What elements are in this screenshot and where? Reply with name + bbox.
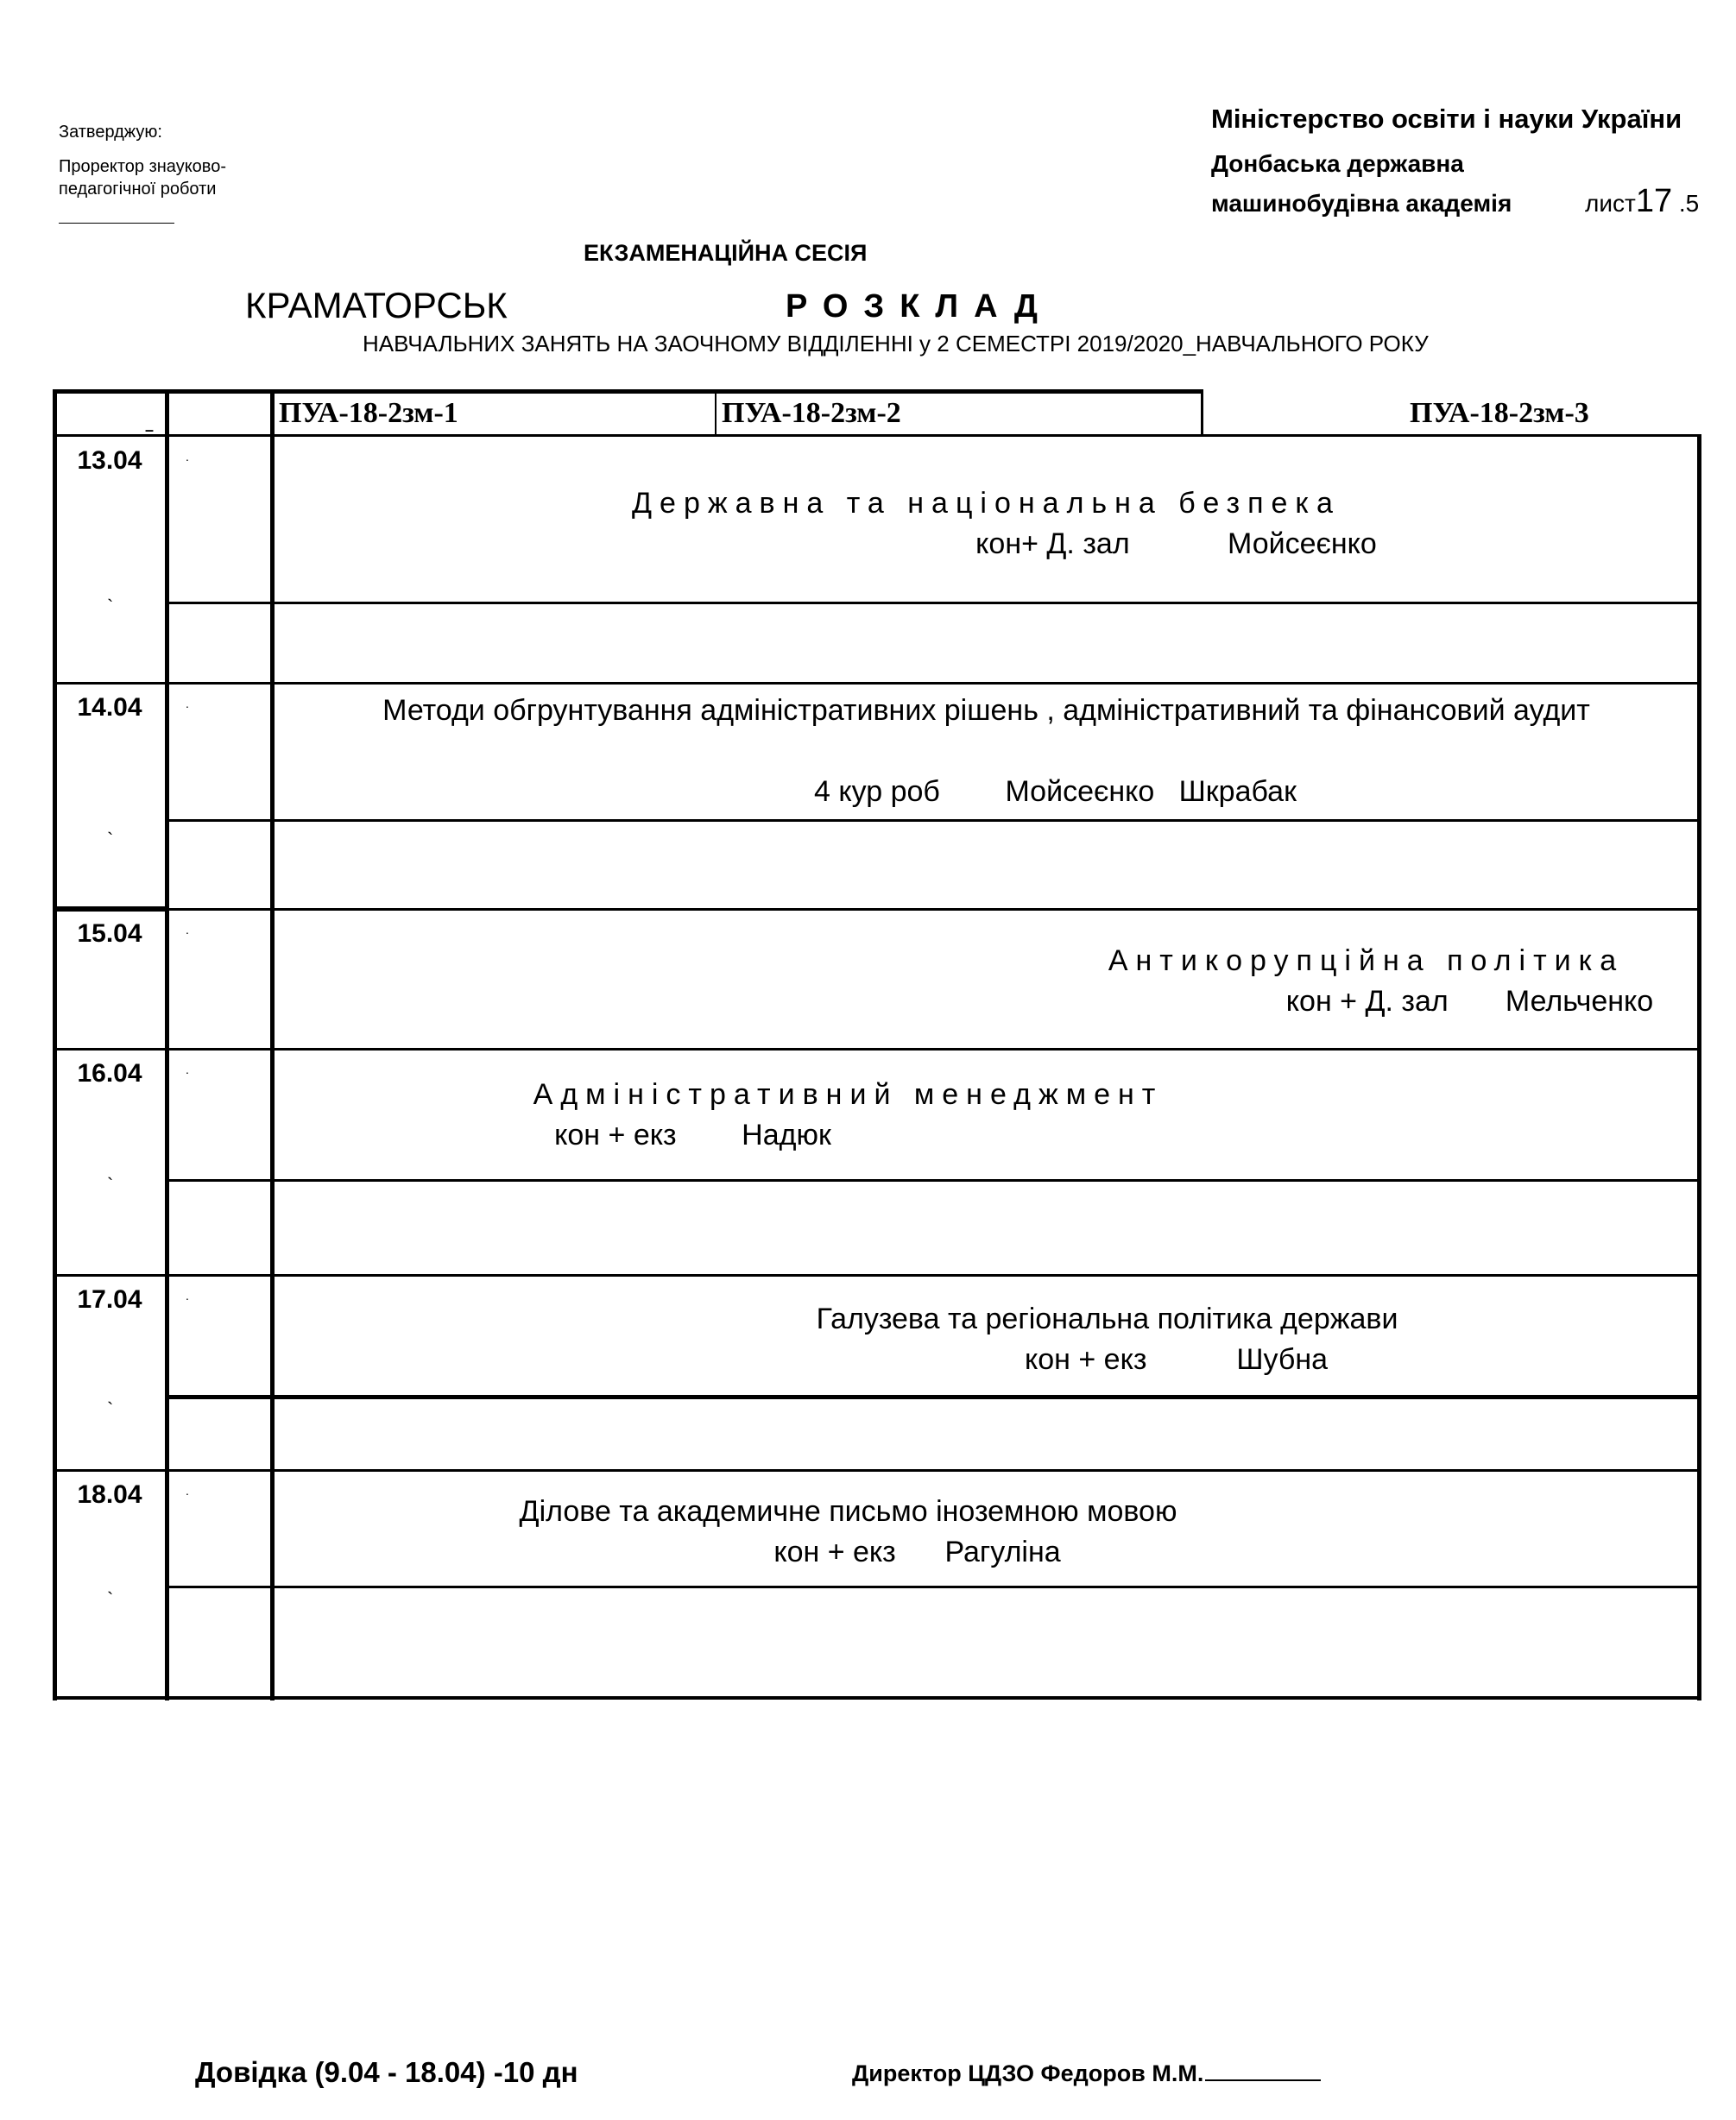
header-dash-mark: – bbox=[145, 421, 154, 439]
subject-name: Адміністративний менеджмент bbox=[136, 1075, 1561, 1115]
subject-details: 4 кур роб Мойсеєнко Шкрабак bbox=[343, 772, 1736, 812]
slot-mark: ` bbox=[107, 1174, 113, 1196]
group-header-2: ПУА-18-2зм-2 bbox=[722, 399, 901, 428]
day-separator bbox=[54, 1048, 1699, 1051]
institution-name-line2: машинобудівна академія bbox=[1211, 192, 1512, 216]
subject-details: кон + екз Надюк bbox=[0, 1115, 1405, 1156]
slot-separator bbox=[167, 1179, 1699, 1182]
slot-separator bbox=[167, 602, 1699, 604]
sheet-label: лист bbox=[1585, 190, 1636, 217]
day-separator bbox=[54, 1469, 1699, 1472]
slot-time-placeholder: . bbox=[186, 1289, 189, 1303]
day-date: 13.04 bbox=[54, 446, 165, 476]
day-date: 17.04 bbox=[54, 1285, 165, 1315]
day-date: 14.04 bbox=[54, 693, 165, 722]
director-name: Директор ЦДЗО Федоров М.М. bbox=[852, 2060, 1203, 2086]
director-signature: Директор ЦДЗО Федоров М.М. bbox=[852, 2060, 1321, 2087]
reference-note: Довідка (9.04 - 18.04) -10 дн bbox=[195, 2056, 578, 2089]
approver-position-line2: педагогічної роботи bbox=[59, 180, 216, 198]
slot-time-placeholder: . bbox=[186, 697, 189, 710]
day-separator bbox=[54, 682, 1699, 685]
day-date: 15.04 bbox=[54, 919, 165, 949]
session-title: ЕКЗАМЕНАЦІЙНА СЕСІЯ bbox=[584, 240, 867, 267]
subject-name: Ділове та академичне письмо іноземною мо… bbox=[136, 1492, 1561, 1532]
header-group-divider bbox=[715, 392, 716, 436]
sheet-number: лист17 .5 bbox=[1585, 183, 1699, 220]
subject-details: кон + Д. зал Мельченко bbox=[757, 981, 1736, 1022]
subject-name: Державна та національна безпека bbox=[274, 483, 1699, 524]
slot-time-placeholder: . bbox=[186, 923, 189, 937]
subject-name: Методи обгрунтування адміністративних рі… bbox=[274, 691, 1699, 731]
sheet-number-value: 17 bbox=[1636, 183, 1672, 219]
page-subtitle: НАВЧАЛЬНИХ ЗАНЯТЬ НА ЗАОЧНОМУ ВІДДІЛЕННІ… bbox=[363, 331, 1429, 357]
subject-name: Галузева та регіональна політика держави bbox=[395, 1299, 1736, 1340]
table-top-border bbox=[54, 389, 1203, 394]
table-bottom-border bbox=[53, 1696, 1701, 1700]
city-name: КРАМАТОРСЬК bbox=[245, 285, 508, 326]
subject-details: кон + екз Шубна bbox=[464, 1340, 1736, 1380]
subject-details: кон+ Д. зал Мойсеєнко bbox=[464, 524, 1736, 565]
subject-name: Антикорупційна політика bbox=[653, 941, 1736, 981]
subject-details: кон + екз Рагуліна bbox=[205, 1532, 1630, 1573]
approval-signature-line bbox=[59, 223, 174, 224]
slot-mark: ` bbox=[107, 596, 113, 618]
day-separator bbox=[54, 1274, 1699, 1277]
slot-mark: ` bbox=[107, 829, 113, 851]
header-bottom-border bbox=[54, 434, 1701, 437]
director-signature-line bbox=[1205, 2079, 1321, 2081]
table-right-border bbox=[1697, 434, 1701, 1700]
group-header-1: ПУА-18-2зм-1 bbox=[279, 399, 458, 428]
slot-separator bbox=[167, 1395, 1699, 1399]
group-header-3: ПУА-18-2зм-3 bbox=[1410, 399, 1589, 428]
day-separator bbox=[54, 908, 1699, 911]
page-title: РОЗКЛАД bbox=[786, 288, 1053, 325]
slot-separator bbox=[167, 1586, 1699, 1588]
slot-separator bbox=[167, 819, 1699, 822]
ministry-name: Міністерство освіти і науки України bbox=[1211, 105, 1682, 132]
institution-name-line1: Донбаська державна bbox=[1211, 152, 1464, 176]
slot-mark: ` bbox=[107, 1398, 113, 1421]
slot-mark: ` bbox=[107, 1588, 113, 1611]
header-box-right-border bbox=[1201, 389, 1203, 437]
sheet-suffix: .5 bbox=[1679, 190, 1699, 217]
slot-time-placeholder: . bbox=[186, 450, 189, 464]
approve-label: Затверджую: bbox=[59, 123, 162, 141]
approver-position-line1: Проректор знауково- bbox=[59, 158, 226, 175]
